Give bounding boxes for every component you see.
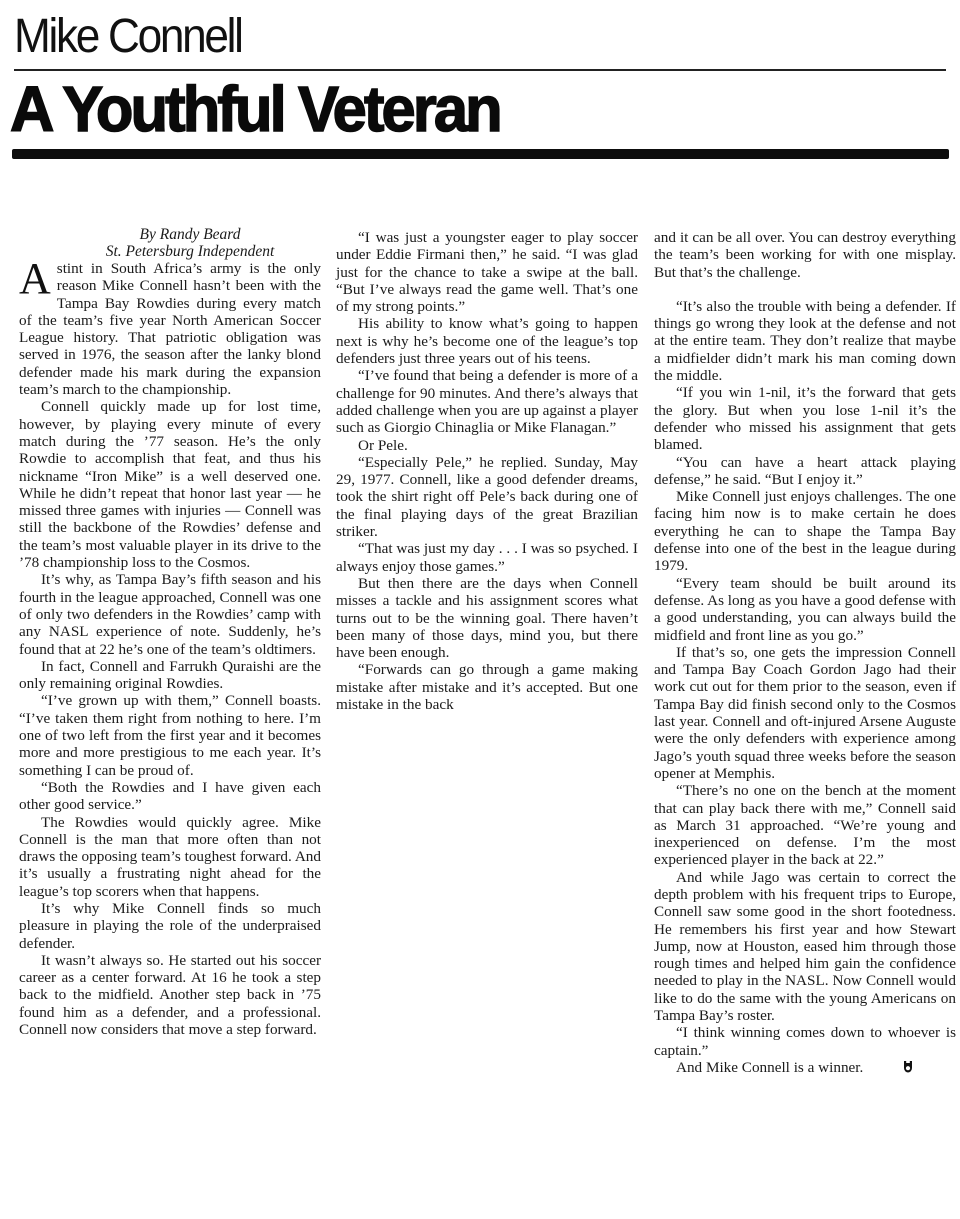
paragraph: “Forwards can go through a game making m… [336, 661, 638, 713]
paragraph: “If you win 1-nil, it’s the forward that… [654, 384, 956, 453]
paragraph: If that’s so, one gets the impression Co… [654, 644, 956, 782]
byline-publication: St. Petersburg Independent [59, 243, 321, 260]
paragraph: “Every team should be built around its d… [654, 575, 956, 644]
paragraph: “It’s also the trouble with being a defe… [654, 298, 956, 384]
paragraph: “I’ve found that being a defender is mor… [336, 367, 638, 436]
byline-author: By Randy Beard [59, 226, 321, 243]
headline: A Youthful Veteran [10, 74, 500, 144]
header-thin-rule [14, 69, 946, 71]
drop-cap: A [19, 262, 51, 296]
paragraph: “There’s no one on the bench at the mome… [654, 782, 956, 868]
article-column-2: “I was just a youngster eager to play so… [336, 229, 638, 713]
header-thick-rule [12, 149, 949, 159]
paragraph: It’s why Mike Connell finds so much plea… [19, 900, 321, 952]
paragraph: And while Jago was certain to correct th… [654, 869, 956, 1025]
paragraph: and it can be all over. You can destroy … [654, 229, 956, 281]
paragraph: It wasn’t always so. He started out his … [19, 952, 321, 1038]
closing-paragraph: And Mike Connell is a winner. [654, 1059, 956, 1076]
paragraph: “That was just my day . . . I was so psy… [336, 540, 638, 575]
paragraph: Connell quickly made up for lost time, h… [19, 398, 321, 571]
paragraph: Mike Connell just enjoys challenges. The… [654, 488, 956, 574]
paragraph: “I’ve grown up with them,” Connell boast… [19, 692, 321, 778]
paragraph: But then there are the days when Connell… [336, 575, 638, 661]
kicker-title: Mike Connell [14, 8, 242, 66]
paragraph: “Especially Pele,” he replied. Sunday, M… [336, 454, 638, 540]
article-column-1: By Randy Beard St. Petersburg Independen… [19, 226, 321, 1038]
paragraph: In fact, Connell and Farrukh Quraishi ar… [19, 658, 321, 693]
lead-paragraph: Astint in South Africa’s army is the onl… [19, 260, 321, 398]
paragraph: His ability to know what’s going to happ… [336, 315, 638, 367]
paragraph: “I think winning comes down to whoever i… [654, 1024, 956, 1059]
byline: By Randy Beard St. Petersburg Independen… [19, 226, 321, 260]
paragraph: “Both the Rowdies and I have given each … [19, 779, 321, 814]
paragraph: “You can have a heart attack playing def… [654, 454, 956, 489]
paragraph: The Rowdies would quickly agree. Mike Co… [19, 814, 321, 900]
paragraph: It’s why, as Tampa Bay’s fifth season an… [19, 571, 321, 657]
paragraph: Or Pele. [336, 437, 638, 454]
paragraph: “I was just a youngster eager to play so… [336, 229, 638, 315]
end-of-article-icon [881, 1060, 891, 1072]
article-column-3: and it can be all over. You can destroy … [654, 229, 956, 1076]
